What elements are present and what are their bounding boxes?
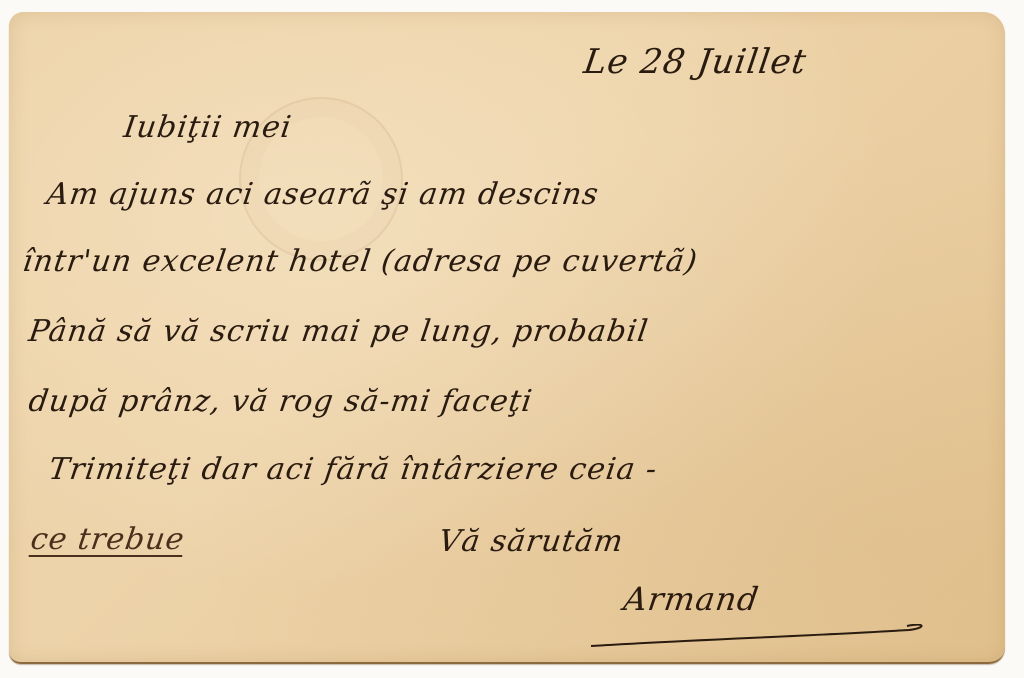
salutation: Iubiţii mei xyxy=(122,110,294,145)
body-line-3: Până să vă scriu mai pe lung, probabil xyxy=(27,314,651,349)
body-line-1: Am ajuns aci asearã şi am descins xyxy=(45,177,602,212)
body-line-6: ce trebue xyxy=(29,522,187,557)
signature-flourish xyxy=(589,624,929,648)
postcard: Le 28 Juillet Iubiţii mei Am ajuns aci a… xyxy=(9,12,1005,664)
body-line-4: după prânz, vă rog să-mi faceţi xyxy=(27,384,535,419)
signature: Armand xyxy=(621,580,761,618)
body-line-2: într'un excelent hotel (adresa pe cuvert… xyxy=(21,244,700,279)
closing: Vă sărutăm xyxy=(437,524,626,559)
date-line: Le 28 Juillet xyxy=(581,42,809,82)
body-line-5: Trimiteţi dar aci fără întârziere ceia - xyxy=(47,452,660,487)
